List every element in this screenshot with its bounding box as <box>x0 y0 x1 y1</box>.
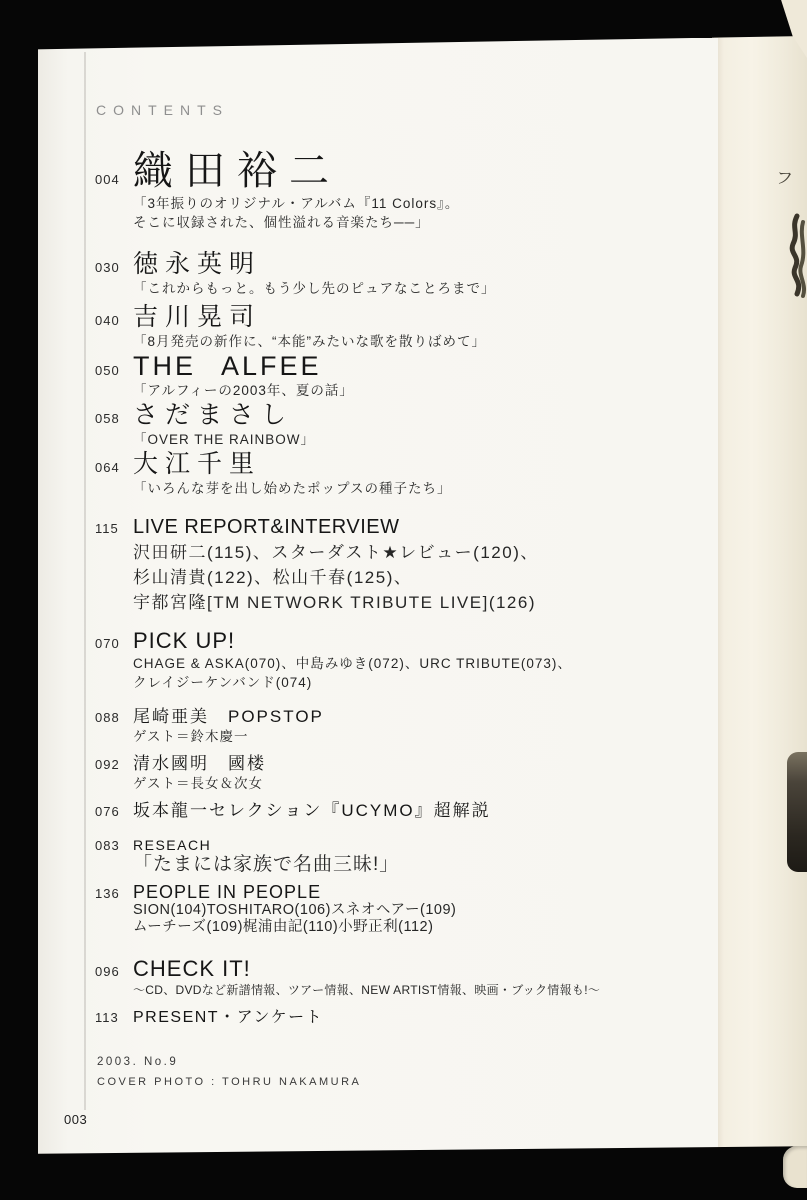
entry-page-number: 004 <box>95 172 133 187</box>
entry-subtitle-line: 「いろんな芽を出し始めたポップスの種子たち」 <box>133 479 695 498</box>
entry-subtitle-line: 「OVER THE RAINBOW」 <box>133 430 695 449</box>
entry-page-number: 040 <box>95 313 133 328</box>
entry-title: 尾崎亜美 POPSTOP <box>133 706 695 727</box>
toc-entry: 088尾崎亜美 POPSTOPゲスト＝鈴木慶一 <box>95 706 695 746</box>
next-page-calligraphy-partial-icon <box>783 210 807 302</box>
entry-page-number: 092 <box>95 757 133 772</box>
toc-entry: 076坂本龍一セレクション『UCYMO』超解説 <box>95 800 695 821</box>
toc-entry: 070PICK UP!CHAGE & ASKA(070)、中島みゆき(072)、… <box>95 628 695 692</box>
next-page-photo-sliver <box>787 752 807 872</box>
entry-subtitle-line: 〜CD、DVDなど新譜情報、ツアー情報、NEW ARTIST情報、映画・ブック情… <box>133 982 695 998</box>
toc-entry: 136PEOPLE IN PEOPLESION(104)TOSHITARO(10… <box>95 882 695 936</box>
entry-page-number: 064 <box>95 460 133 475</box>
entry-subtitle-line: そこに収録された、個性溢れる音楽たち──」 <box>133 213 695 232</box>
entry-page-number: 096 <box>95 964 133 979</box>
toc-entry: 083RESEACH「たまには家族で名曲三昧!」 <box>95 837 695 877</box>
toc-entry: 004織田裕二「3年振りのオリジナル・アルバム『11 Colors』。そこに収録… <box>95 148 695 232</box>
toc-entry: 050THE ALFEE「アルフィーの2003年、夏の話」 <box>95 351 695 400</box>
toc-entry: 092清水國明 國楼ゲスト＝長女＆次女 <box>95 753 695 793</box>
next-page-fragment-text: フ <box>775 163 797 190</box>
toc-entry: 115LIVE REPORT&INTERVIEW沢田研二(115)、スターダスト… <box>95 514 695 615</box>
entry-title: THE ALFEE <box>133 351 695 381</box>
entry-page-number: 050 <box>95 363 133 378</box>
entry-subtitle-line: 「8月発売の新作に、“本能”みたいな歌を散りばめて」 <box>133 332 695 351</box>
entry-title: 徳永英明 <box>133 249 695 279</box>
gutter-shadow-line <box>84 52 86 1110</box>
table-of-contents: 004織田裕二「3年振りのオリジナル・アルバム『11 Colors』。そこに収録… <box>95 148 695 1028</box>
entry-title: PRESENT・アンケート <box>133 1008 695 1028</box>
toc-entry: 040吉川晃司「8月発売の新作に、“本能”みたいな歌を散りばめて」 <box>95 302 695 351</box>
entry-subtitle-line: クレイジーケンバンド(074) <box>133 673 695 692</box>
entry-title: LIVE REPORT&INTERVIEW <box>133 514 695 540</box>
entry-page-number: 076 <box>95 804 133 819</box>
entry-title: 坂本龍一セレクション『UCYMO』超解説 <box>133 800 695 821</box>
contents-heading: CONTENTS <box>96 102 229 118</box>
entry-title: PEOPLE IN PEOPLE <box>133 882 695 902</box>
entry-title: 清水國明 國楼 <box>133 753 695 774</box>
toc-entry: 064大江千里「いろんな芽を出し始めたポップスの種子たち」 <box>95 449 695 498</box>
entry-subtitle-line: 宇都宮隆[TM NETWORK TRIBUTE LIVE](126) <box>133 590 695 615</box>
entry-title: RESEACH <box>133 837 695 853</box>
entry-page-number: 058 <box>95 411 133 426</box>
cover-photo-credit: COVER PHOTO : TOHRU NAKAMURA <box>97 1076 361 1088</box>
backdrop-left-band <box>0 0 38 1200</box>
page-curl-bottom-right <box>783 1146 807 1188</box>
entry-page-number: 115 <box>95 521 133 536</box>
magazine-page-photo: CONTENTS 004織田裕二「3年振りのオリジナル・アルバム『11 Colo… <box>0 0 807 1200</box>
entry-subtitle-line: CHAGE & ASKA(070)、中島みゆき(072)、URC TRIBUTE… <box>133 654 695 673</box>
toc-entry: 058さだまさし「OVER THE RAINBOW」 <box>95 400 695 449</box>
entry-title: 吉川晃司 <box>133 302 695 332</box>
entry-title: 織田裕二 <box>133 148 695 194</box>
entry-page-number: 113 <box>95 1010 133 1025</box>
entry-title: 大江千里 <box>133 449 695 479</box>
entry-subtitle-line: ムーチーズ(109)梶浦由記(110)小野正利(112) <box>133 919 695 936</box>
footer: 2003. No.9 COVER PHOTO : TOHRU NAKAMURA <box>97 1056 361 1088</box>
entry-subtitle-line: 杉山清貴(122)、松山千春(125)、 <box>133 565 695 590</box>
page-number: 003 <box>64 1112 87 1127</box>
entry-subtitle-line: 沢田研二(115)、スターダスト★レビュー(120)、 <box>133 540 695 565</box>
entry-subtitle-line: ゲスト＝長女＆次女 <box>133 774 695 793</box>
toc-entry: 113PRESENT・アンケート <box>95 1008 695 1028</box>
entry-page-number: 136 <box>95 886 133 901</box>
entry-title: さだまさし <box>133 400 695 430</box>
toc-entry: 030徳永英明「これからもっと。もう少し先のピュアなことろまで」 <box>95 249 695 298</box>
entry-page-number: 083 <box>95 838 133 853</box>
entry-subtitle-line: 「3年振りのオリジナル・アルバム『11 Colors』。 <box>133 194 695 213</box>
next-page-edge <box>712 30 807 1165</box>
entry-subtitle-line: 「たまには家族で名曲三昧!」 <box>133 853 695 877</box>
entry-subtitle-line: 「アルフィーの2003年、夏の話」 <box>133 381 695 400</box>
issue-label: 2003. No.9 <box>97 1056 361 1068</box>
entry-subtitle-line: ゲスト＝鈴木慶一 <box>133 727 695 746</box>
entry-title: CHECK IT! <box>133 956 695 982</box>
entry-page-number: 030 <box>95 260 133 275</box>
entry-page-number: 088 <box>95 710 133 725</box>
entry-subtitle-line: SION(104)TOSHITARO(106)スネオヘアー(109) <box>133 902 695 919</box>
toc-entry: 096CHECK IT!〜CD、DVDなど新譜情報、ツアー情報、NEW ARTI… <box>95 956 695 998</box>
entry-subtitle-line: 「これからもっと。もう少し先のピュアなことろまで」 <box>133 279 695 298</box>
entry-page-number: 070 <box>95 636 133 651</box>
entry-title: PICK UP! <box>133 628 695 654</box>
